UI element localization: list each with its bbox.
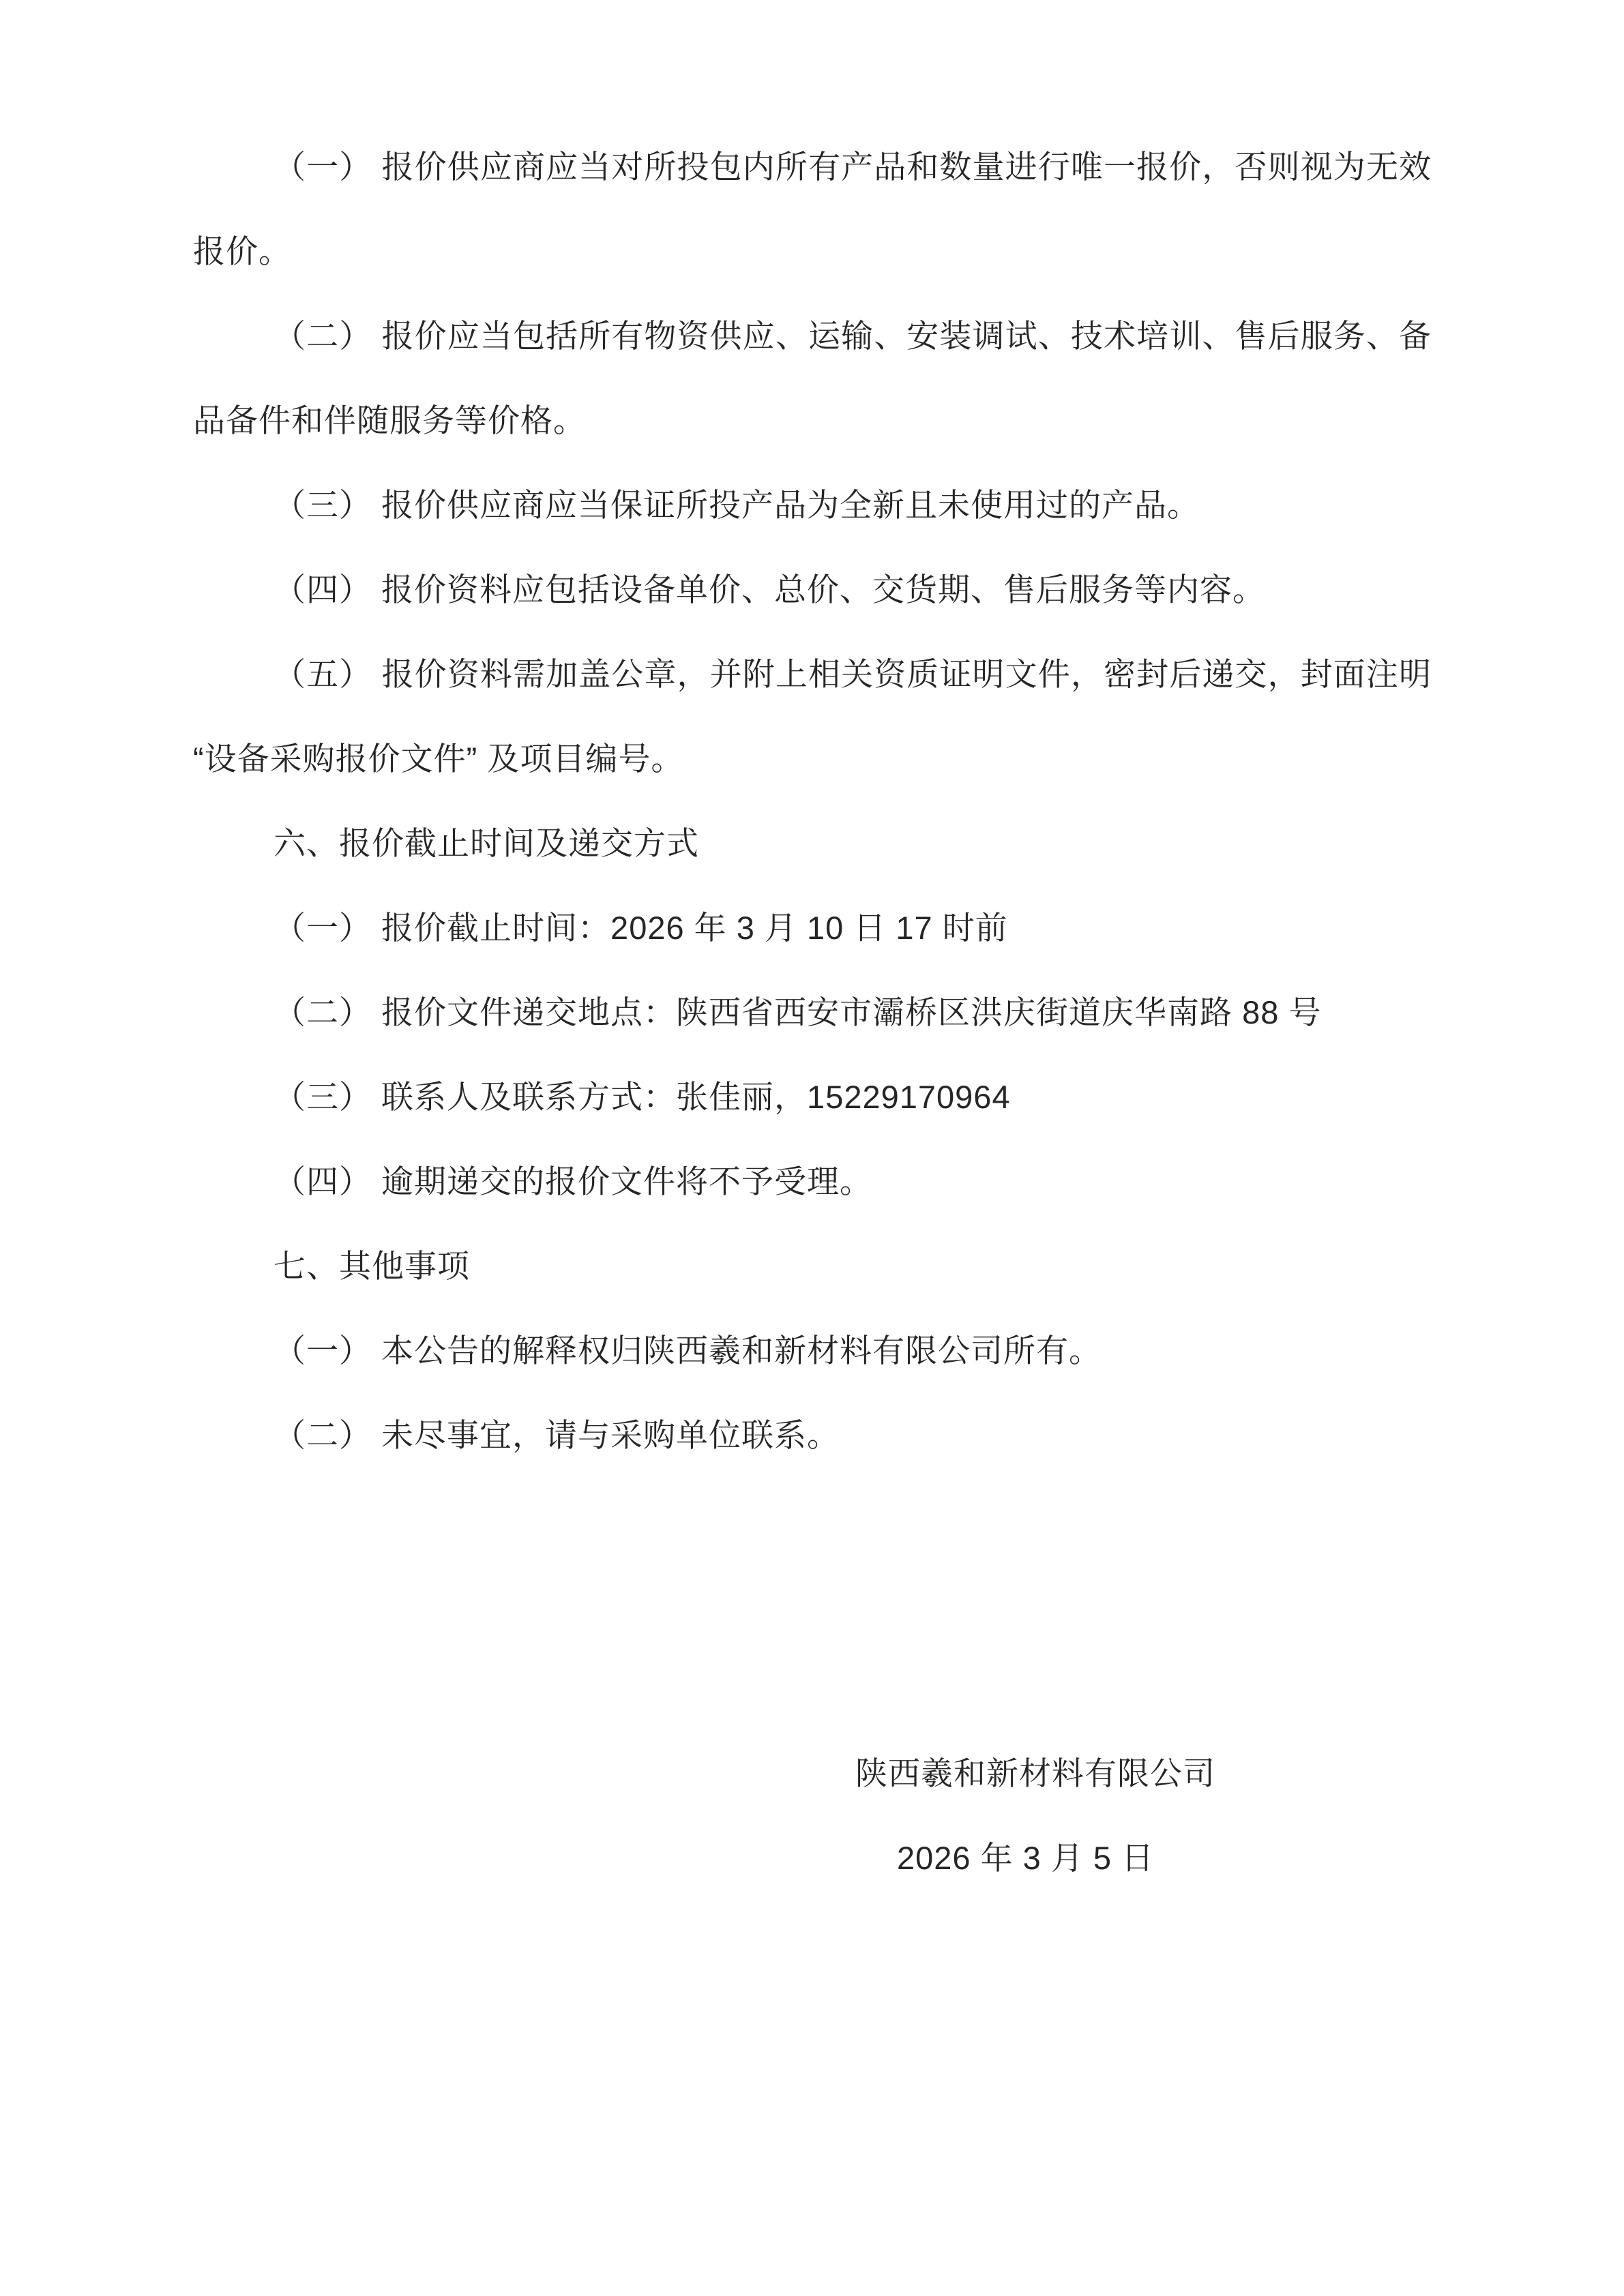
doc-line: （四） 报价资料应包括设备单价、总价、交货期、售后服务等内容。 [193, 548, 1431, 632]
doc-line: （二） 报价文件递交地点：陕西省西安市灞桥区洪庆街道庆华南路 88 号 [193, 970, 1431, 1055]
document-body: （一） 报价供应商应当对所投包内所有产品和数量进行唯一报价，否则视为无效 报价。… [0, 0, 1624, 1900]
doc-line: （四） 逾期递交的报价文件将不予受理。 [193, 1139, 1431, 1224]
doc-line: （二） 报价应当包括所有物资供应、运输、安装调试、技术培训、售后服务、备 [193, 294, 1431, 378]
doc-line: （一） 本公告的解释权归陕西羲和新材料有限公司所有。 [193, 1309, 1431, 1393]
doc-line: （二） 未尽事宜，请与采购单位联系。 [193, 1393, 1431, 1478]
doc-line: （三） 报价供应商应当保证所投产品为全新且未使用过的产品。 [193, 463, 1431, 548]
doc-section-heading: 六、报价截止时间及递交方式 [193, 801, 1431, 886]
doc-line: （一） 报价供应商应当对所投包内所有产品和数量进行唯一报价，否则视为无效 [193, 125, 1431, 209]
doc-line: （一） 报价截止时间：2026 年 3 月 10 日 17 时前 [193, 886, 1431, 970]
document-page: （一） 报价供应商应当对所投包内所有产品和数量进行唯一报价，否则视为无效 报价。… [0, 0, 1624, 2296]
doc-line: 品备件和伴随服务等价格。 [193, 378, 1431, 463]
doc-line: “设备采购报价文件” 及项目编号。 [193, 717, 1431, 801]
signature-date: 2026 年 3 月 5 日 [897, 1816, 1431, 1900]
doc-line: （三） 联系人及联系方式：张佳丽，15229170964 [193, 1055, 1431, 1139]
signature-block: 陕西羲和新材料有限公司 2026 年 3 月 5 日 [193, 1731, 1431, 1900]
doc-section-heading: 七、其他事项 [193, 1224, 1431, 1309]
doc-line: 报价。 [193, 209, 1431, 294]
doc-line: （五） 报价资料需加盖公章，并附上相关资质证明文件，密封后递交，封面注明 [193, 632, 1431, 717]
signature-company: 陕西羲和新材料有限公司 [855, 1731, 1431, 1816]
